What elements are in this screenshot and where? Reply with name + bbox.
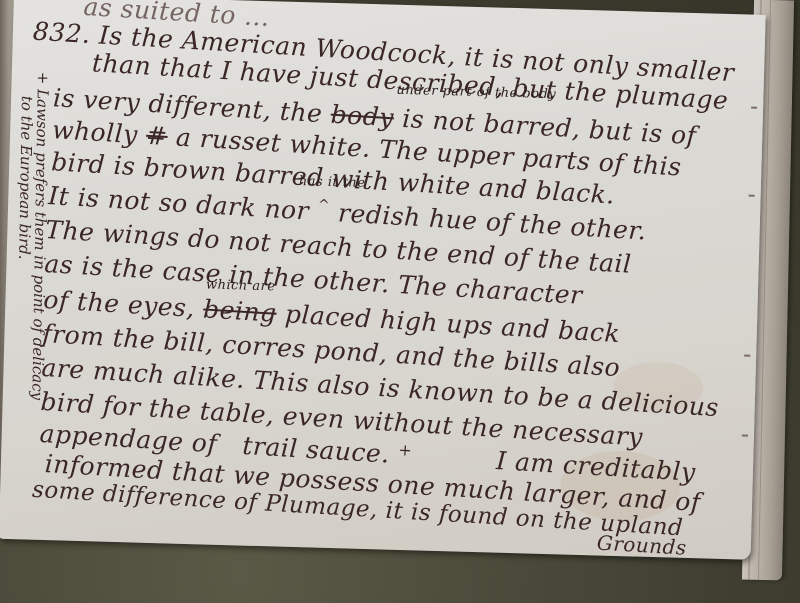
margin-note-line-2: to the European bird. <box>15 96 36 260</box>
interlinear-under-part: under part of the body <box>396 83 556 102</box>
interlinear-which-are: which are <box>206 277 276 294</box>
edge-mark <box>744 355 750 357</box>
caret-mark: ^ <box>317 197 330 214</box>
struck-word-body: body <box>330 100 395 133</box>
edge-mark <box>751 107 757 109</box>
edge-mark <box>742 434 748 436</box>
line-text: of the eyes, <box>43 285 196 323</box>
manuscript-page: as suited to ... 832. Is the American Wo… <box>0 0 766 560</box>
interlinear-has-it-the: has it the <box>299 174 366 191</box>
struck-mark: # <box>145 121 168 151</box>
struck-word-being: being <box>202 294 277 327</box>
manuscript-photo: as suited to ... 832. Is the American Wo… <box>0 0 800 603</box>
line-text: wholly <box>51 115 138 149</box>
text-line-16: Grounds <box>596 531 687 560</box>
entry-number: 832. <box>32 17 91 49</box>
plus-mark: + <box>398 440 413 460</box>
edge-mark <box>749 195 755 197</box>
